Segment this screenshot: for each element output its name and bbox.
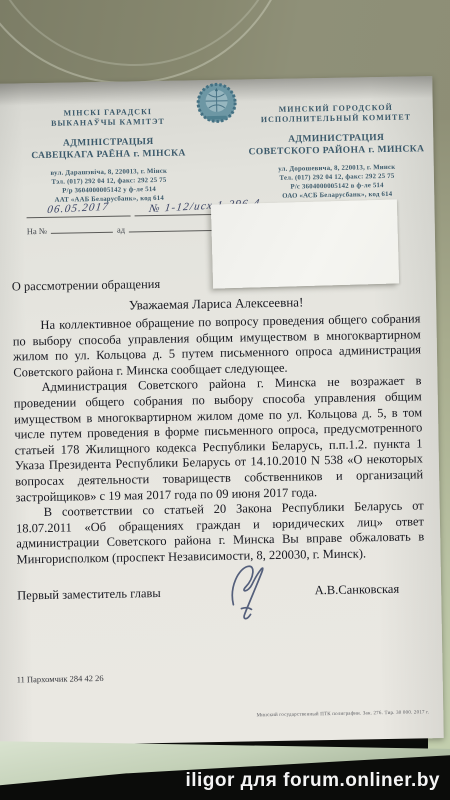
subject-line: О рассмотрении обращения [12, 277, 161, 295]
belarus-state-emblem-icon [193, 82, 240, 127]
photo-bottom: iligor для forum.onliner.by [0, 730, 450, 800]
handwritten-date: 06.05.2017 [47, 201, 110, 216]
paragraph: Администрация Советского района г. Минск… [13, 374, 423, 506]
reply-from-label: ад [117, 225, 125, 235]
letterhead-belarusian: МІНСКІ ГАРАДСКІ ВЫКАНАЎЧЫ КАМІТЭТ АДМІНІ… [19, 106, 199, 205]
paragraph: На коллективное обращение по вопросу про… [12, 311, 421, 380]
executor-contact: 11 Пархомчик 284 42 26 [17, 673, 104, 685]
administration-name: СОВЕТСКОГО РАЙОНА г. МИНСКА [247, 143, 425, 158]
signature-ink-icon [217, 557, 276, 622]
reply-to-label: На № [27, 226, 47, 236]
signer-position: Первый заместитель главы [17, 585, 161, 603]
watermark-text: iligor для forum.onliner.by [185, 770, 440, 792]
org-line: ИСПОЛНИТЕЛЬНЫЙ КОМИТЕТ [247, 112, 425, 125]
letterhead-russian: МИНСКИЙ ГОРОДСКОЙ ИСПОЛНИТЕЛЬНЫЙ КОМИТЕТ… [247, 102, 427, 201]
photo-canvas: МІНСКІ ГАРАДСКІ ВЫКАНАЎЧЫ КАМІТЭТ АДМІНІ… [0, 0, 450, 800]
letter-document: МІНСКІ ГАРАДСКІ ВЫКАНАЎЧЫ КАМІТЭТ АДМІНІ… [0, 76, 444, 746]
signature-row: Первый заместитель главы А.В.Санковская [17, 581, 425, 603]
signer-name: А.В.Санковская [315, 581, 400, 597]
covering-paper-slip [211, 199, 399, 288]
letter-body: Уважаемая Лариса Алексеевна! На коллекти… [12, 292, 425, 603]
print-shop-note: Минский государственный ПТК полиграфии. … [257, 710, 430, 718]
administration-name: САВЕЦКАГА РАЁНА г. МІНСКА [19, 147, 197, 162]
blank-line [51, 223, 113, 234]
org-line: ВЫКАНАЎЧЫ КАМІТЭТ [19, 116, 197, 129]
